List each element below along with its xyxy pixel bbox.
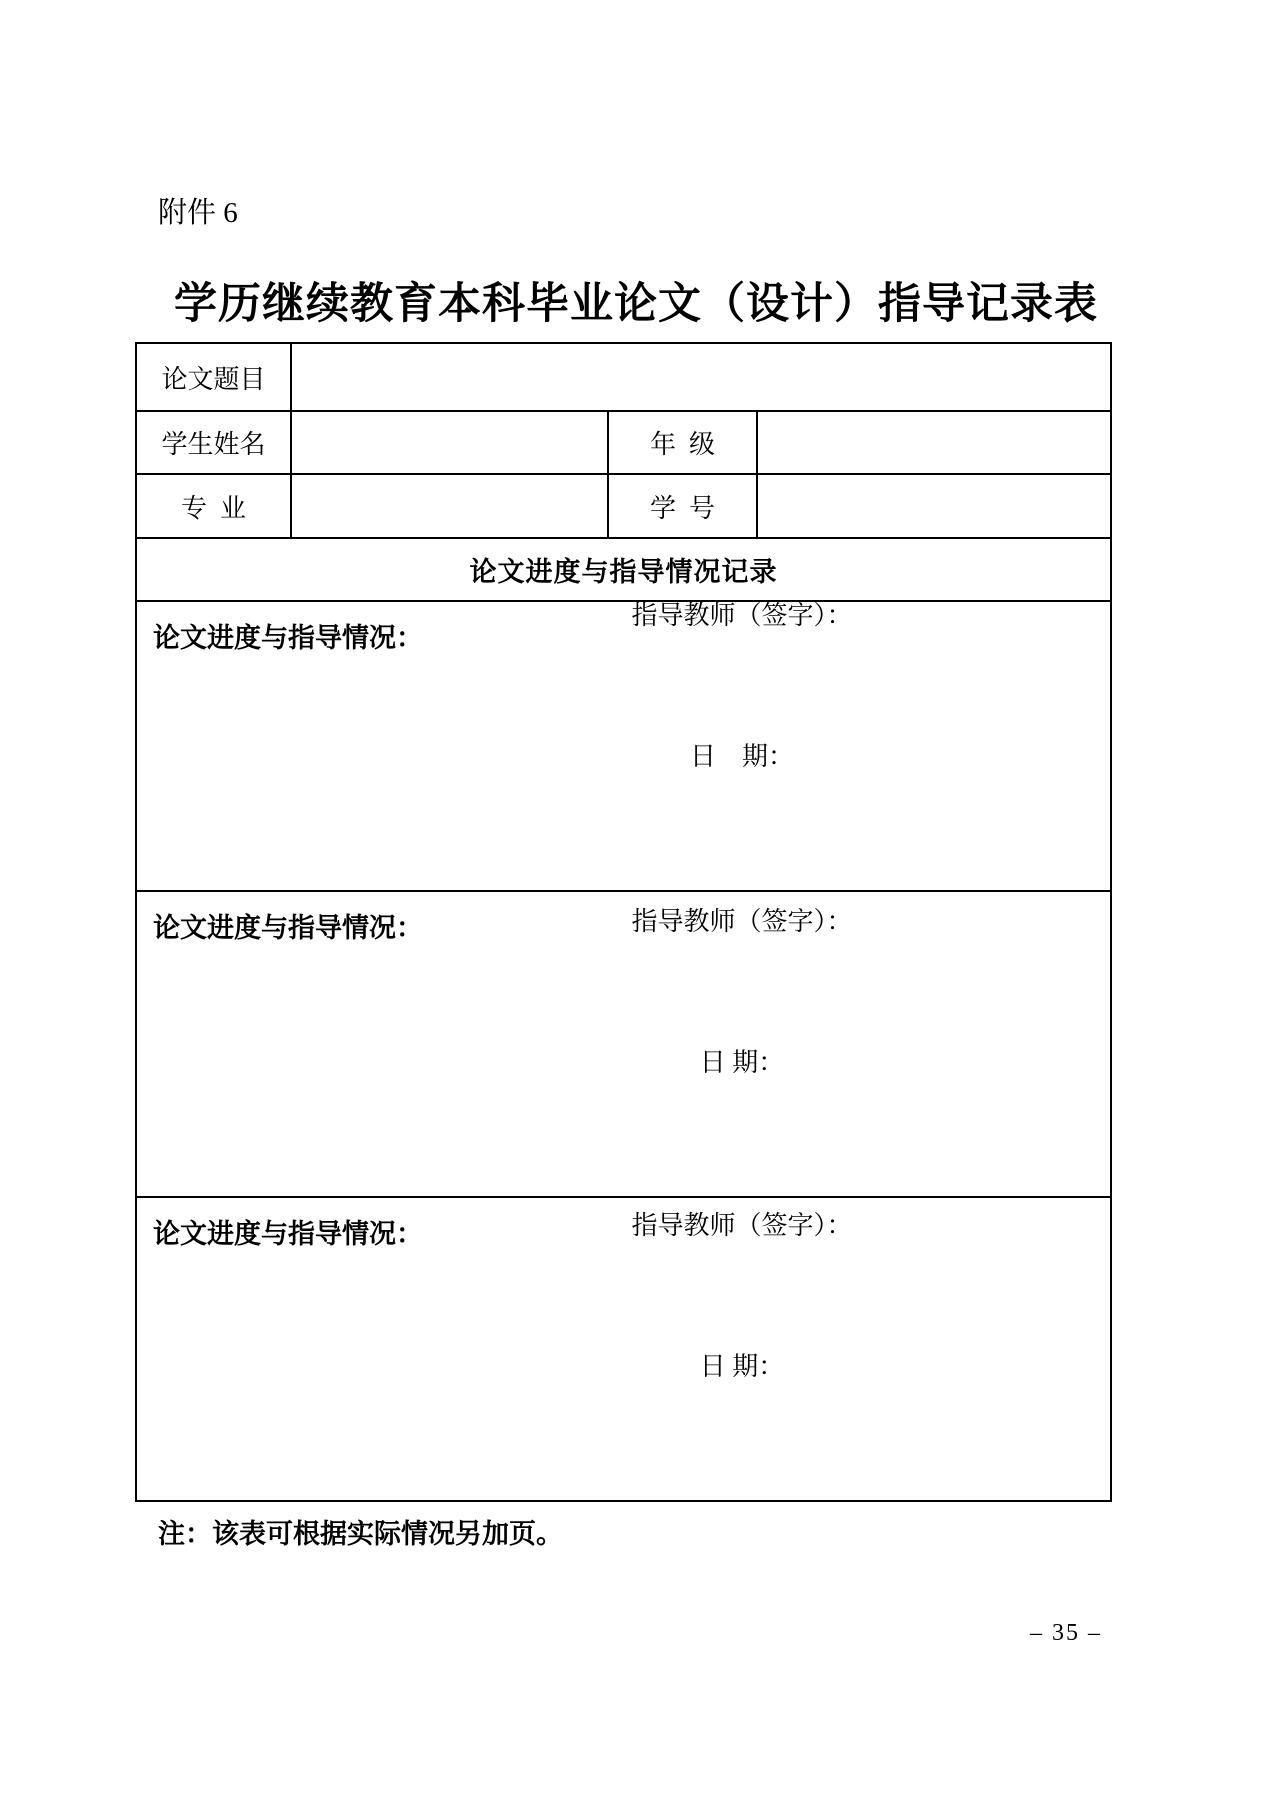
advisor-signature-label: 指导教师（签字）：	[577, 1202, 907, 1249]
grade-value-cell	[757, 411, 1111, 474]
date-label: 日 期：	[577, 1343, 907, 1390]
guidance-section-row-3: 论文进度与指导情况： 指导教师（签字）： 日 期：	[136, 1197, 1111, 1501]
advisor-signature-label: 指导教师（签字）：	[577, 898, 907, 945]
thesis-title-row: 论文题目	[136, 343, 1111, 411]
footnote: 注：该表可根据实际情况另加页。	[158, 1512, 563, 1551]
date-label: 日 期：	[577, 1039, 907, 1086]
thesis-title-label: 论文题目	[136, 343, 291, 411]
page-title: 学历继续教育本科毕业论文（设计）指导记录表	[0, 270, 1272, 331]
major-value-cell	[291, 474, 608, 538]
major-label: 专 业	[136, 474, 291, 538]
page-number: – 35 –	[1030, 1620, 1102, 1647]
student-name-grade-row: 学生姓名 年 级	[136, 411, 1111, 474]
advisor-signature-label: 指导教师（签字）：	[577, 592, 907, 639]
thesis-title-value-cell	[291, 343, 1111, 411]
grade-label: 年 级	[608, 411, 757, 474]
student-name-label: 学生姓名	[136, 411, 291, 474]
document-page: 附件 6 学历继续教育本科毕业论文（设计）指导记录表 论文题目 学生姓名 年 级…	[0, 0, 1272, 1800]
signature-block: 指导教师（签字）： 日 期：	[577, 1108, 907, 1484]
attachment-label: 附件 6	[158, 190, 238, 231]
guidance-record-table: 论文题目 学生姓名 年 级 专 业 学 号 论文进度与指导情况记录 论文进度与指…	[135, 342, 1112, 1502]
student-name-value-cell	[291, 411, 608, 474]
guidance-section-3: 论文进度与指导情况： 指导教师（签字）： 日 期：	[136, 1197, 1111, 1501]
date-label: 日 期：	[577, 733, 907, 780]
